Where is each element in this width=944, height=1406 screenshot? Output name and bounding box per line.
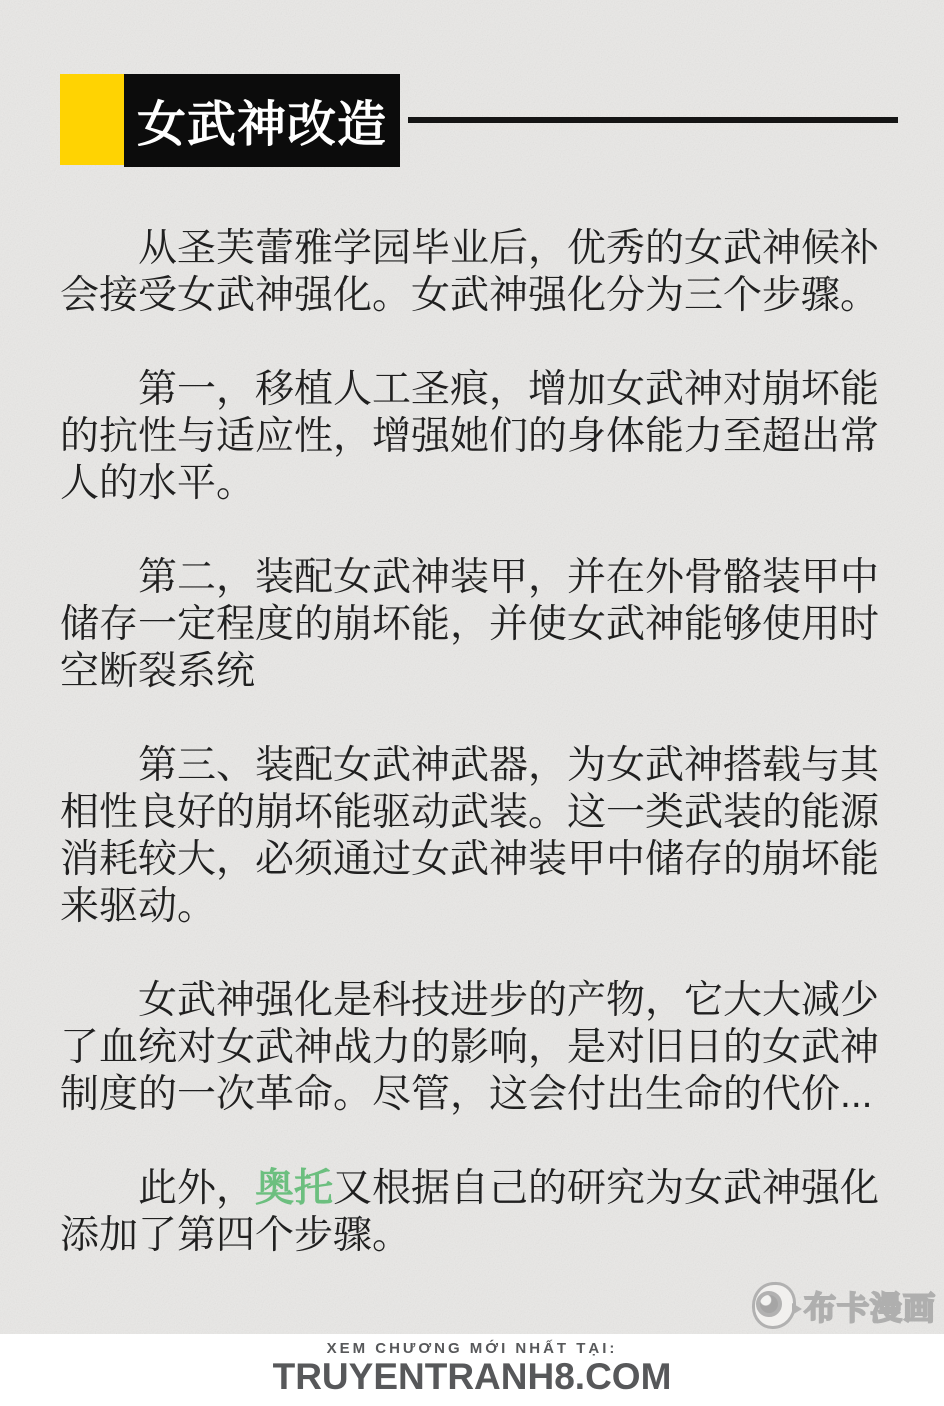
text-segment: 又根据自己的研究为女武神强化 [333, 1167, 879, 1210]
footer-tagline: XEM CHƯƠNG MỚI NHẤT TẠI: [327, 1340, 618, 1357]
title-box: 女武神改造 [124, 74, 400, 167]
text-line: 添加了第四个步骤。 [60, 1212, 900, 1259]
text-line: 从圣芙蕾雅学园毕业后，优秀的女武神候补 [60, 225, 900, 272]
text-line: 第一，移植人工圣痕，增加女武神对崩坏能 [60, 366, 900, 413]
text-line: 第三、装配女武神武器，为女武神搭载与其 [60, 742, 900, 789]
text-line: 空断裂系统 [60, 648, 900, 695]
paragraph-summary: 女武神强化是科技进步的产物，它大大减少 了血统对女武神战力的影响，是对旧日的女武… [60, 977, 900, 1118]
article-body: 从圣芙蕾雅学园毕业后，优秀的女武神候补 会接受女武神强化。女武神强化分为三个步骤… [60, 225, 900, 1306]
text-line: 储存一定程度的崩坏能，并使女武神能够使用时 [60, 601, 900, 648]
page-title: 女武神改造 [137, 86, 387, 156]
buka-mascot-icon [752, 1282, 796, 1329]
mascot-beak-icon [792, 1303, 802, 1315]
footer-site-url: TRUYENTRANH8.COM [273, 1357, 672, 1397]
paragraph-intro: 从圣芙蕾雅学园毕业后，优秀的女武神候补 会接受女武神强化。女武神强化分为三个步骤… [60, 225, 900, 319]
text-line: 消耗较大，必须通过女武神装甲中储存的崩坏能 [60, 836, 900, 883]
text-line: 的抗性与适应性，增强她们的身体能力至超出常 [60, 413, 900, 460]
paragraph-step-2: 第二，装配女武神装甲，并在外骨骼装甲中 储存一定程度的崩坏能，并使女武神能够使用… [60, 554, 900, 695]
paragraph-step-1: 第一，移植人工圣痕，增加女武神对崩坏能 的抗性与适应性，增强她们的身体能力至超出… [60, 366, 900, 507]
text-line: 了血统对女武神战力的影响，是对旧日的女武神 [60, 1024, 900, 1071]
highlighted-name-otto: 奥托 [255, 1167, 333, 1210]
title-accent-block [60, 74, 124, 165]
text-line: 人的水平。 [60, 460, 900, 507]
paper-page: 女武神改造 从圣芙蕾雅学园毕业后，优秀的女武神候补 会接受女武神强化。女武神强化… [0, 0, 944, 1334]
text-line: 会接受女武神强化。女武神强化分为三个步骤。 [60, 272, 900, 319]
text-line: 来驱动。 [60, 883, 900, 930]
site-footer: XEM CHƯƠNG MỚI NHẤT TẠI: TRUYENTRANH8.CO… [0, 1334, 944, 1406]
paragraph-otto: 此外，奥托又根据自己的研究为女武神强化 添加了第四个步骤。 [60, 1165, 900, 1259]
text-line: 相性良好的崩坏能驱动武装。这一类武装的能源 [60, 789, 900, 836]
text-line: 女武神强化是科技进步的产物，它大大减少 [60, 977, 900, 1024]
text-segment: 此外， [138, 1167, 255, 1210]
title-rule [408, 117, 898, 123]
text-line: 制度的一次革命。尽管，这会付出生命的代价... [60, 1071, 900, 1118]
buka-watermark: 布卡漫画 [752, 1282, 936, 1329]
text-line: 此外，奥托又根据自己的研究为女武神强化 [60, 1165, 900, 1212]
buka-logo-text: 布卡漫画 [804, 1283, 936, 1329]
mascot-eye-icon [756, 1291, 782, 1317]
paragraph-step-3: 第三、装配女武神武器，为女武神搭载与其 相性良好的崩坏能驱动武装。这一类武装的能… [60, 742, 900, 930]
text-line: 第二，装配女武神装甲，并在外骨骼装甲中 [60, 554, 900, 601]
